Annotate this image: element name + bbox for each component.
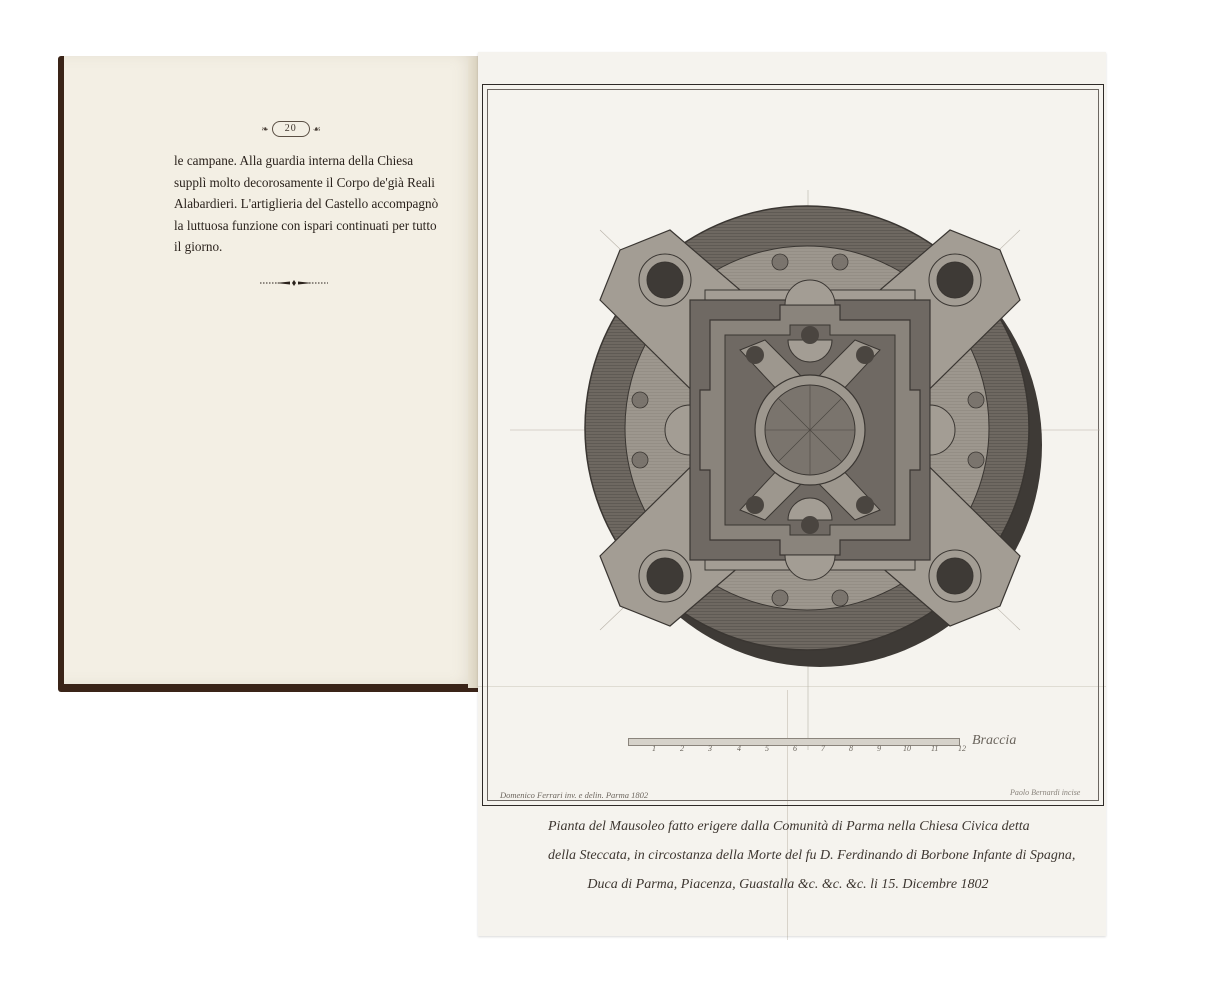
flourish-icon: ❧: [261, 124, 269, 135]
engraver-credit: Paolo Bernardi incise: [1010, 788, 1080, 797]
page-number: 20: [285, 123, 297, 134]
scale-tick: 11: [931, 744, 938, 753]
draughtsman-credit: Domenico Ferrari inv. e delin. Parma 180…: [500, 790, 648, 800]
body-text: le campane. Alla guardia interna della C…: [174, 150, 414, 258]
text-line: la luttuosa funzione con ispari continua…: [174, 215, 414, 237]
page-number-cartouche: ❧ 20 ☙: [253, 120, 329, 138]
flourish-icon: ☙: [313, 124, 321, 135]
caption-line: della Steccata, in circostanza della Mor…: [548, 841, 1028, 870]
mausoleum-ground-plan-icon: [510, 190, 1100, 750]
scale-tick: 1: [652, 744, 656, 753]
scale-tick: 8: [849, 744, 853, 753]
scale-tick: 5: [765, 744, 769, 753]
plate-caption: Pianta del Mausoleo fatto erigere dalla …: [548, 812, 1028, 899]
scale-tick: 7: [821, 744, 825, 753]
text-line: supplì molto decorosamente il Corpo de'g…: [174, 172, 414, 194]
scale-tick: 12: [958, 744, 966, 753]
scale-unit-label: Braccia: [972, 733, 1016, 749]
caption-line: Duca di Parma, Piacenza, Guastalla &c. &…: [548, 870, 1028, 899]
scale-tick: 9: [877, 744, 881, 753]
scale-tick-labels: 1 2 3 4 5 6 7 8 9 10 11 12: [640, 744, 980, 758]
scale-tick: 6: [793, 744, 797, 753]
text-line: le campane. Alla guardia interna della C…: [174, 150, 414, 172]
caption-line: Pianta del Mausoleo fatto erigere dalla …: [548, 812, 1028, 841]
text-line: Alabardieri. L'artiglieria del Castello …: [174, 193, 414, 215]
scale-tick: 4: [737, 744, 741, 753]
scale-tick: 2: [680, 744, 684, 753]
text-line: il giorno.: [174, 236, 414, 258]
scale-tick: 10: [903, 744, 911, 753]
tail-piece-ornament-icon: [258, 279, 330, 287]
scale-tick: 3: [708, 744, 712, 753]
